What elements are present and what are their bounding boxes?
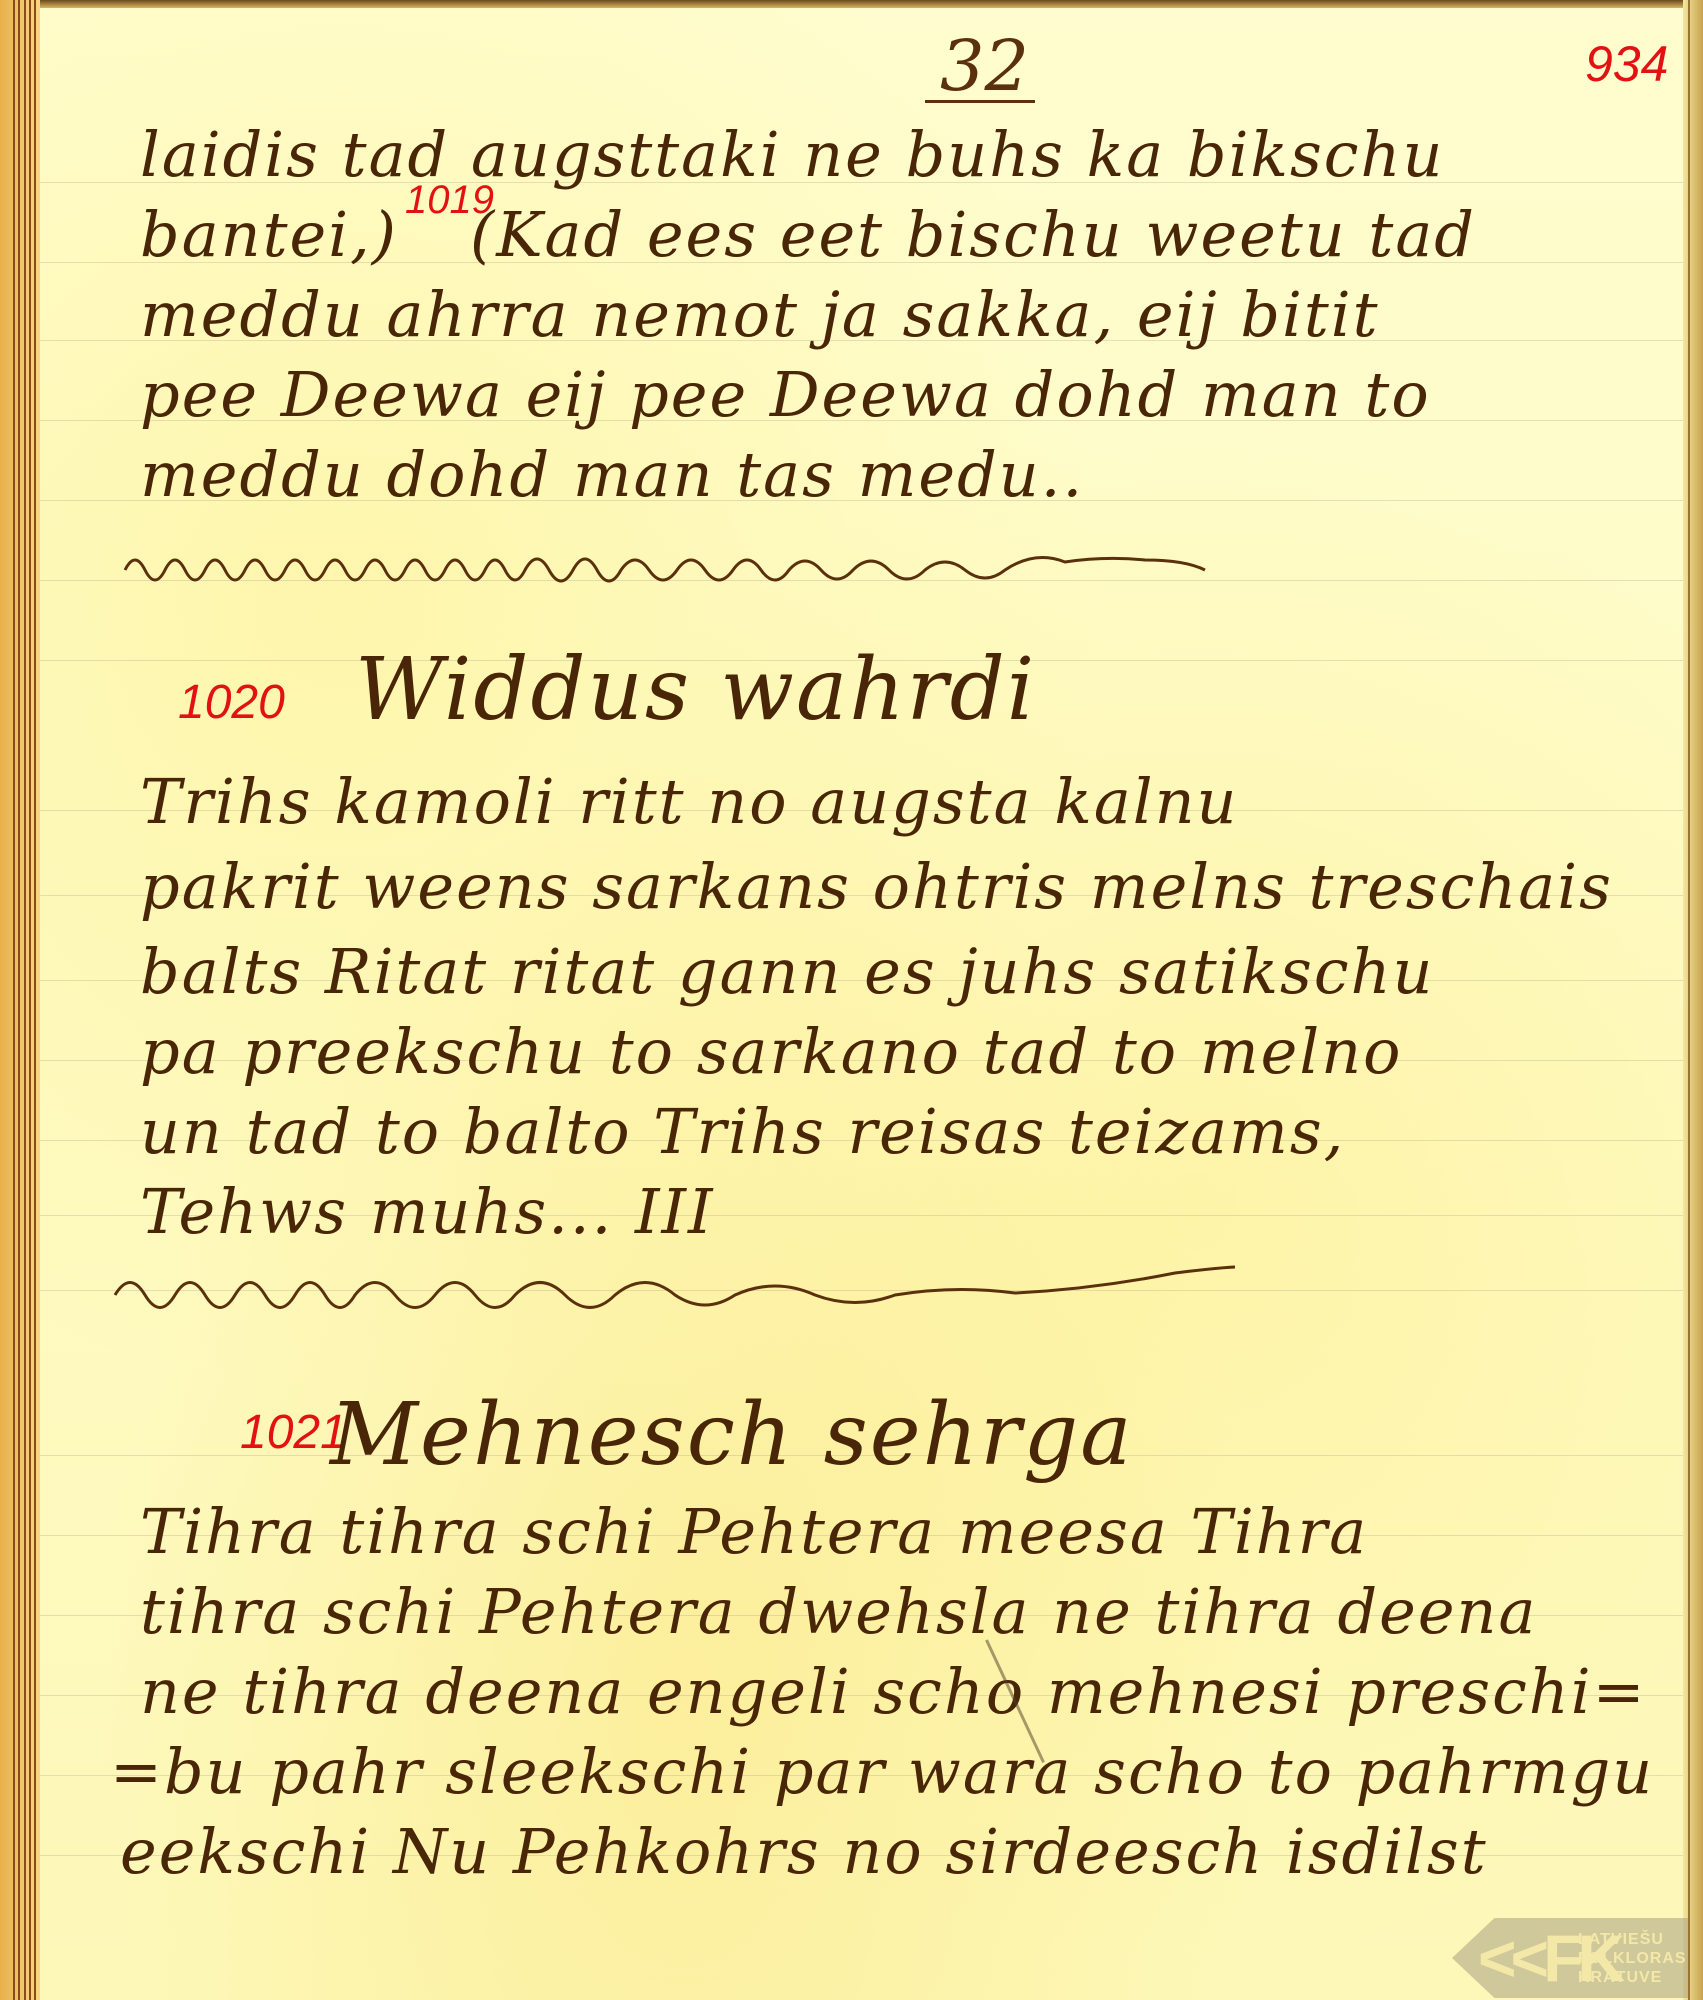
logo-line: FOLKLORAS	[1578, 1949, 1687, 1968]
text-line: meddu ahrra nemot ja sakka, eij bitit	[140, 278, 1380, 351]
text-line: un tad to balto Trihs reisas teizams,	[140, 1095, 1345, 1168]
text-line: Tihra tihra schi Pehtera meesa Tihra	[140, 1495, 1368, 1568]
page-number: 32	[940, 25, 1029, 107]
text-line: =bu pahr sleekschi par wara scho to pahr…	[110, 1735, 1654, 1808]
text-line: meddu dohd man tas medu..	[140, 438, 1084, 511]
text-line: pa preekschu to sarkano tad to melno	[140, 1015, 1402, 1088]
text-line: ne tihra deena engeli scho mehnesi presc…	[140, 1655, 1647, 1728]
logo-line: LATVIEŠU	[1578, 1930, 1687, 1949]
page-binding	[0, 0, 40, 2000]
archive-logo-text: LATVIEŠU FOLKLORAS KRĀTUVE	[1578, 1930, 1687, 1987]
text-line: eekschi Nu Pehkohrs no sirdeesch isdilst	[120, 1815, 1488, 1888]
manuscript-page: 32 934 laidis tad augsttaki ne buhs ka b…	[0, 0, 1703, 2000]
text-line: balts Ritat ritat gann es juhs satikschu	[140, 935, 1434, 1008]
entry-title: Widdus wahrdi	[355, 640, 1036, 740]
text-line: pee Deewa eij pee Deewa dohd man to	[140, 358, 1431, 431]
entry-title: Mehnesch sehrga	[330, 1385, 1134, 1485]
logo-line: KRĀTUVE	[1578, 1968, 1687, 1987]
archive-number: 934	[1585, 35, 1668, 93]
separator-flourish	[110, 1265, 1560, 1315]
text-line: Tehws muhs... III	[140, 1175, 715, 1248]
page-right-edge	[1683, 0, 1703, 2000]
page-margin-rule	[1688, 0, 1690, 2000]
entry-number: 1020	[178, 675, 285, 730]
page-top-edge	[0, 0, 1703, 8]
text-line: Trihs kamoli ritt no augsta kalnu	[140, 765, 1238, 838]
text-line: bantei,)	[140, 198, 398, 271]
text-line: laidis tad augsttaki ne buhs ka bikschu	[140, 118, 1444, 191]
text-line: pakrit weens sarkans ohtris melns tresch…	[140, 850, 1613, 923]
text-line: (Kad ees eet bischu weetu tad	[470, 198, 1476, 271]
page-number-underline	[925, 100, 1035, 103]
separator-flourish	[120, 540, 1640, 590]
text-line: tihra schi Pehtera dwehsla ne tihra deen…	[140, 1575, 1537, 1648]
